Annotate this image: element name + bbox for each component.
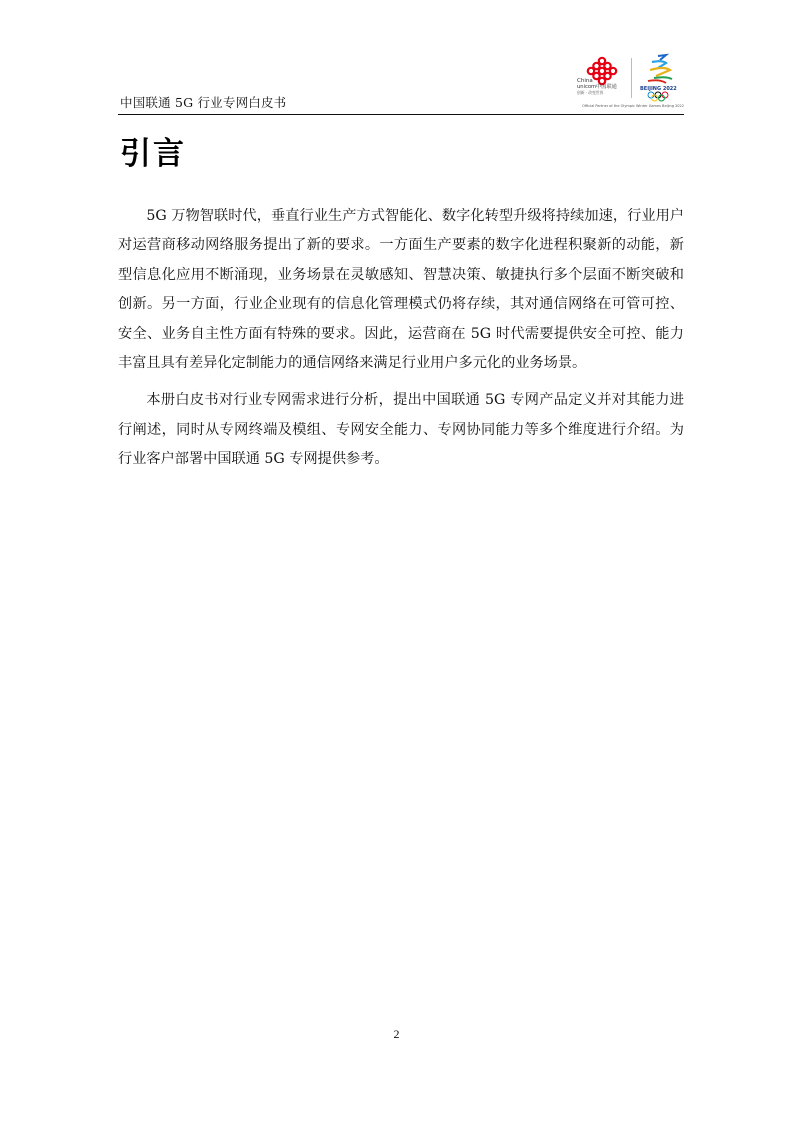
paragraph-scope: 本册白皮书对行业专网需求进行分析，提出中国联通 5G 专网产品定义并对其能力进行… bbox=[118, 386, 684, 474]
svg-text:BEIJING 2022: BEIJING 2022 bbox=[640, 86, 677, 92]
logo-caption: Official Partner of the Olympic Winter G… bbox=[576, 104, 684, 108]
china-unicom-knot-icon: China unicom中国联通 创新 · 改变世界 bbox=[576, 56, 628, 98]
chapter-title: 引言 bbox=[120, 128, 186, 173]
svg-text:创新 · 改变世界: 创新 · 改变世界 bbox=[577, 90, 604, 95]
header-title: 中国联通 5G 行业专网白皮书 bbox=[120, 93, 286, 111]
svg-text:unicom中国联通: unicom中国联通 bbox=[577, 82, 618, 90]
page-number: 2 bbox=[0, 1027, 793, 1042]
beijing-2022-emblem-icon: BEIJING 2022 bbox=[636, 52, 684, 102]
logo-divider bbox=[631, 58, 632, 98]
body-text: 5G 万物智联时代，垂直行业生产方式智能化、数字化转型升级将持续加速，行业用户对… bbox=[118, 202, 684, 475]
page-header: 中国联通 5G 行业专网白皮书 China unicom中国联通 创新 · 改变… bbox=[118, 50, 684, 115]
paragraph-intro: 5G 万物智联时代，垂直行业生产方式智能化、数字化转型升级将持续加速，行业用户对… bbox=[118, 202, 684, 378]
header-logos: China unicom中国联通 创新 · 改变世界 BEIJING 2022 … bbox=[576, 52, 684, 110]
